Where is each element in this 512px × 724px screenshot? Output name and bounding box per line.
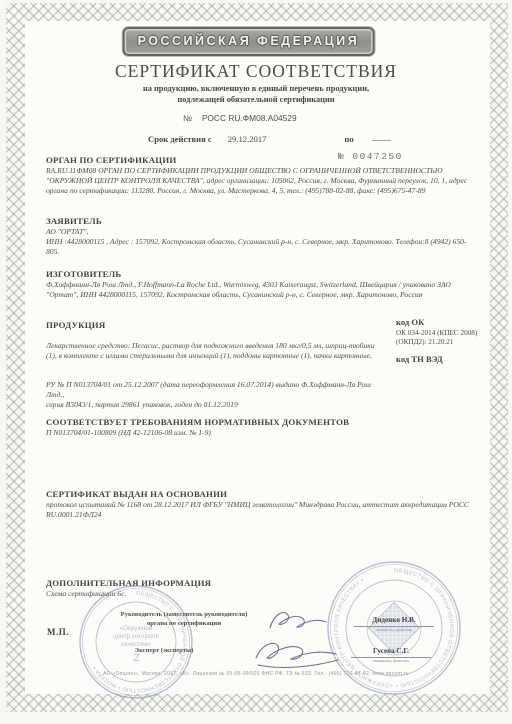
certificate-number-value: РОСС RU.ФМ08.А04529: [202, 113, 297, 123]
blank-form-number: № 0047250: [338, 151, 403, 162]
applicant-heading: ЗАЯВИТЕЛЬ: [46, 216, 102, 226]
country-banner: РОССИЙСКАЯ ФЕДЕРАЦИЯ: [123, 27, 375, 56]
head-signature-icon: [266, 606, 330, 634]
manufacturer-text: Ф.Хоффманн-Ля Рош Лтд., F.Hoffmann-La Ro…: [46, 280, 470, 300]
certificate-subtitle: на продукцию, включенную в единый перече…: [0, 84, 512, 105]
certificate-title: СЕРТИФИКАТ СООТВЕТСТВИЯ: [0, 61, 512, 82]
additional-info-heading: ДОПОЛНИТЕЛЬНАЯ ИНФОРМАЦИЯ: [46, 578, 211, 588]
tnved-code-label: код ТН ВЭД: [396, 354, 482, 364]
validity-label: Срок действия с: [148, 134, 212, 144]
ok-code-value: ОК 034-2014 (КПЕС 2008) (ОКПД2): 21.20.2…: [396, 329, 482, 347]
product-codes-column: код ОК ОК 034-2014 (КПЕС 2008) (ОКПД2): …: [396, 317, 482, 364]
product-text: Лекарственное средство: Пегасис, раствор…: [46, 331, 378, 409]
certification-body-heading: ОРГАН ПО СЕРТИФИКАЦИИ: [46, 155, 176, 165]
basis-text: протокол испытаний № 1168 от 28.12.2017 …: [46, 500, 470, 520]
head-name: Диденко Н.В.: [354, 616, 434, 627]
head-name-block: Диденко Н.В. инициалы, фамилия: [354, 616, 434, 632]
ok-code-label: код ОК: [396, 317, 482, 327]
validity-from-date: 29.12.2017: [228, 134, 267, 144]
product-description: Лекарственное средство: Пегасис, раствор…: [46, 341, 375, 360]
expert-role-label: Эксперт (эксперты): [104, 647, 224, 654]
norms-heading: СООТВЕТСТВУЕТ ТРЕБОВАНИЯМ НОРМАТИВНЫХ ДО…: [46, 417, 349, 427]
applicant-text: АО "ОРТАТ", ИНН :4428000115 , Адрес : 15…: [46, 227, 470, 256]
expert-name: Гусева С.Г.: [351, 647, 431, 658]
validity-to-label: по: [344, 134, 353, 144]
seal-place-label: М.П.: [47, 627, 69, 637]
basis-heading: СЕРТИФИКАТ ВЫДАН НА ОСНОВАНИИ: [46, 489, 227, 499]
certification-body-text: RA.RU.11ФМ08 ОРГАН ПО СЕРТИФИКАЦИИ ПРОДУ…: [46, 166, 470, 195]
additional-info-text: Схема сертификации 6с.: [46, 589, 346, 599]
printer-imprint: АО «Опцион», Москва, 2017, «В». Лицензия…: [46, 671, 466, 677]
product-registration: РУ № П N013704/01 от 25.12.2007 (дата пе…: [46, 380, 371, 409]
expert-name-caption: инициалы, фамилия: [351, 658, 431, 663]
manufacturer-heading: ИЗГОТОВИТЕЛЬ: [46, 269, 121, 279]
country-banner-text: РОССИЙСКАЯ ФЕДЕРАЦИЯ: [138, 34, 360, 48]
head-role-label: Руководитель (заместитель руководителя) …: [92, 611, 276, 628]
certificate-page: РОССИЙСКАЯ ФЕДЕРАЦИЯ СЕРТИФИКАТ СООТВЕТС…: [0, 0, 512, 724]
expert-signature-icon: [250, 636, 342, 670]
certificate-number-row: №РОСС RU.ФМ08.А04529: [183, 113, 307, 123]
certificate-number-label: №: [183, 113, 192, 123]
validity-row: Срок действия с29.12.2017по—: [148, 134, 380, 144]
head-name-caption: инициалы, фамилия: [354, 627, 434, 632]
norms-text: П N013704/01-100809 (НД 42-12106-08 изм.…: [46, 428, 470, 438]
validity-to-dash: —: [372, 134, 391, 144]
product-heading: ПРОДУКЦИЯ: [46, 320, 105, 330]
expert-name-block: Гусева С.Г. инициалы, фамилия: [351, 647, 431, 663]
